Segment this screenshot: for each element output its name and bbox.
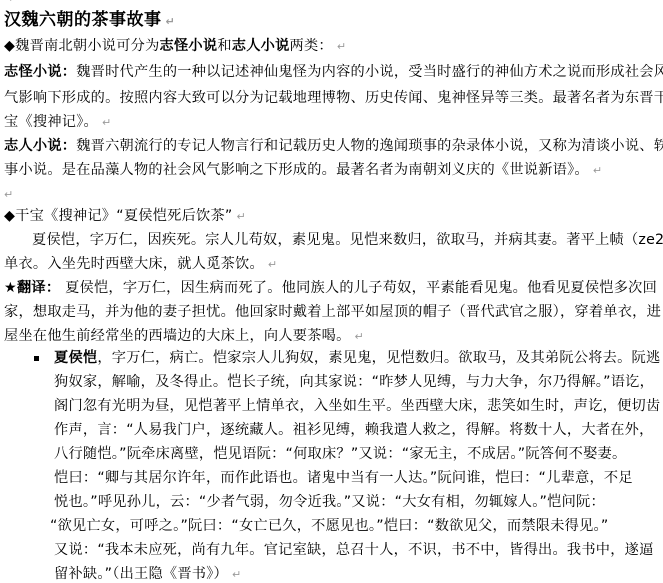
paragraph-mark-icon: ↵	[593, 164, 602, 177]
paragraph-mark-icon: ↵	[102, 116, 111, 129]
bullet-text: 狗奴家，解喻，及冬得止。恺长子统，向其家说：“昨梦人见缚，与力大争，尔乃得解。”…	[54, 374, 654, 390]
bullet-text: “欲见亡女，可呼之。”阮曰：“女亡已久，不愿见也。”恺曰：“数欲见父，而禁限未得…	[50, 518, 609, 534]
bullet-line-10: 留补缺。”（出王隐《晋书》）↵	[54, 564, 241, 583]
bullet-text: 阁门忽有光明为昼，见恺著平上情单衣，入坐如生平。坐西壁大床，悲笑如生时，声讫，便…	[54, 398, 660, 414]
translation-text: 夏侯恺，字万仁，因生病而死了。他同族人的儿子苟奴，平素能看见鬼。他看见夏侯恺多次…	[65, 280, 657, 296]
zhiren-text: 魏晋六朝流行的专记人物言行和记载历史人物的逸闻琐事的杂录体小说，又称为清谈小说、…	[76, 138, 663, 154]
zhiren-label: 志人小说：	[4, 138, 76, 154]
zhiren-line-1: 志人小说：魏晋六朝流行的专记人物言行和记载历史人物的逸闻琐事的杂录体小说，又称为…	[4, 136, 663, 156]
bullet-line-8: “欲见亡女，可呼之。”阮曰：“女亡已久，不愿见也。”恺曰：“数欲见父，而禁限未得…	[50, 516, 609, 536]
zhiguai-line-2: 气影响下形成的。按照内容大致可以分为记载地理博物、历史传闻、鬼神怪异等三类。最著…	[4, 88, 663, 108]
bullet-line-7: 悦也。”呼见孙儿，云：“少者气弱，勿令近我。”又说：“大女有相，勿辄嫁人。”恺问…	[54, 492, 605, 512]
paragraph-mark-icon: ↵	[337, 40, 346, 53]
paragraph-mark-icon: ↵	[237, 210, 246, 223]
paragraph-mark-icon: ↵	[355, 330, 364, 343]
zhiguai-label: 志怪小说：	[4, 64, 76, 80]
term-zhiren: 志人小说	[232, 38, 290, 54]
bullet-line-4: 作声，言：“人易我门户，逐统藏人。祖衫见缚，赖我遣人救之，得解。将数十人，大者在…	[54, 420, 654, 440]
translation-line-2: 家，想取走马，并为他的妻子担忧。他回家时戴着上部平如屋顶的帽子（晋代武官之服），…	[4, 302, 661, 322]
empty-paragraph: ↵	[4, 0, 17, 9]
bullet-text: 作声，言：“人易我门户，逐统藏人。祖衫见缚，赖我遣人救之，得解。将数十人，大者在…	[54, 422, 654, 438]
document-title: 汉魏六朝的茶事故事↵	[4, 10, 175, 32]
translation-line-1: ★翻译： 夏侯恺，字万仁，因生病而死了。他同族人的儿子苟奴，平素能看见鬼。他看见…	[4, 278, 657, 298]
translation-text: 屋坐在他生前经常坐的西墙边的大床上，向人要茶喝。	[4, 328, 351, 344]
bullet-text: 恺曰：“卿与其居尔许年，而作此语也。诸鬼中当有一人达。”阮问谁，恺曰：“儿辈意，…	[54, 470, 633, 486]
zhiren-line-2: 事小说。是在品藻人物的社会风气影响之下形成的。最著名者为南朝刘义庆的《世说新语》…	[4, 160, 602, 181]
zhiguai-line-1: 志怪小说：魏晋时代产生的一种以记述神仙鬼怪为内容的小说，受当时盛行的神仙方术之说…	[4, 62, 663, 82]
paragraph-mark-icon: ↵	[4, 188, 13, 201]
intro-prefix: ◆魏晋南北朝小说可分为	[4, 38, 160, 54]
bullet-line-6: 恺曰：“卿与其居尔许年，而作此语也。诸鬼中当有一人达。”阮问谁，恺曰：“儿辈意，…	[54, 468, 633, 488]
paragraph-mark-icon: ↵	[166, 15, 176, 28]
story-heading: ◆干宝《搜神记》“夏侯恺死后饮茶”↵	[4, 206, 246, 227]
story-heading-text: ◆干宝《搜神记》“夏侯恺死后饮茶”	[4, 208, 233, 224]
story-text: 夏侯恺，字万仁，因疾死。宗人儿苟奴，素见鬼。见恺来数归，欲取马，并病其妻。著平上…	[32, 232, 663, 248]
zhiguai-line-3: 宝《搜神记》。↵	[4, 112, 111, 133]
bullet-text: 悦也。”呼见孙儿，云：“少者气弱，勿令近我。”又说：“大女有相，勿辄嫁人。”恺问…	[54, 494, 605, 510]
translation-text: 家，想取走马，并为他的妻子担忧。他回家时戴着上部平如屋顶的帽子（晋代武官之服），…	[4, 304, 661, 320]
translation-line-3: 屋坐在他生前经常坐的西墙边的大床上，向人要茶喝。↵	[4, 326, 364, 347]
term-zhiguai: 志怪小说	[160, 38, 218, 54]
bullet-line-9: 又说：“我本未应死，尚有九年。官记室缺，总召十人，不识，书不中，皆得出。我书中，…	[54, 540, 654, 560]
bullet-text: 又说：“我本未应死，尚有九年。官记室缺，总召十人，不识，书不中，皆得出。我书中，…	[54, 542, 654, 558]
story-line-1: 夏侯恺，字万仁，因疾死。宗人儿苟奴，素见鬼。见恺来数归，欲取马，并病其妻。著平上…	[32, 230, 663, 250]
zhiren-text: 事小说。是在品藻人物的社会风气影响之下形成的。最著名者为南朝刘义庆的《世说新语》…	[4, 162, 589, 178]
bullet-name: 夏侯恺	[54, 350, 97, 366]
intro-suffix: 两类：	[290, 38, 333, 54]
bullet-text: ，字万仁，病亡。恺家宗人儿狗奴，素见鬼，见恺数归。欲取马，及其弟阮公将去。阮逃	[97, 350, 660, 366]
paragraph-mark-icon: ↵	[268, 258, 277, 271]
translation-label: 翻译：	[17, 280, 60, 296]
story-text: 单衣。入坐先时西壁大床，就人觅茶饮。	[4, 256, 264, 272]
empty-paragraph: ↵	[4, 184, 13, 205]
bullet-square-icon	[34, 356, 39, 361]
paragraph-mark-icon: ↵	[8, 0, 17, 5]
bullet-text: 留补缺。”（出王隐《晋书》）	[54, 566, 228, 582]
bullet-line-2: 狗奴家，解喻，及冬得止。恺长子统，向其家说：“昨梦人见缚，与力大争，尔乃得解。”…	[54, 372, 654, 392]
bullet-line-3: 阁门忽有光明为昼，见恺著平上情单衣，入坐如生平。坐西壁大床，悲笑如生时，声讫，便…	[54, 396, 660, 416]
bullet-line-5: 八行随恺。”阮牵床离壁，恺见语阮：“何取床？”又说：“家无主，不成居。”阮答何不…	[54, 444, 626, 464]
star-icon: ★	[4, 280, 17, 296]
zhiguai-text: 气影响下形成的。按照内容大致可以分为记载地理博物、历史传闻、鬼神怪异等三类。最著…	[4, 90, 663, 106]
title-text: 汉魏六朝的茶事故事	[4, 10, 162, 30]
zhiguai-text: 魏晋时代产生的一种以记述神仙鬼怪为内容的小说，受当时盛行的神仙方术之说而形成社会…	[76, 64, 663, 80]
story-line-2: 单衣。入坐先时西壁大床，就人觅茶饮。↵	[4, 254, 277, 275]
zhiguai-text: 宝《搜神记》。	[4, 114, 98, 130]
intro-paragraph: ◆魏晋南北朝小说可分为志怪小说和志人小说两类：↵	[4, 36, 346, 57]
bullet-text: 八行随恺。”阮牵床离壁，恺见语阮：“何取床？”又说：“家无主，不成居。”阮答何不…	[54, 446, 626, 462]
intro-mid: 和	[217, 38, 231, 54]
paragraph-mark-icon: ↵	[232, 568, 241, 581]
